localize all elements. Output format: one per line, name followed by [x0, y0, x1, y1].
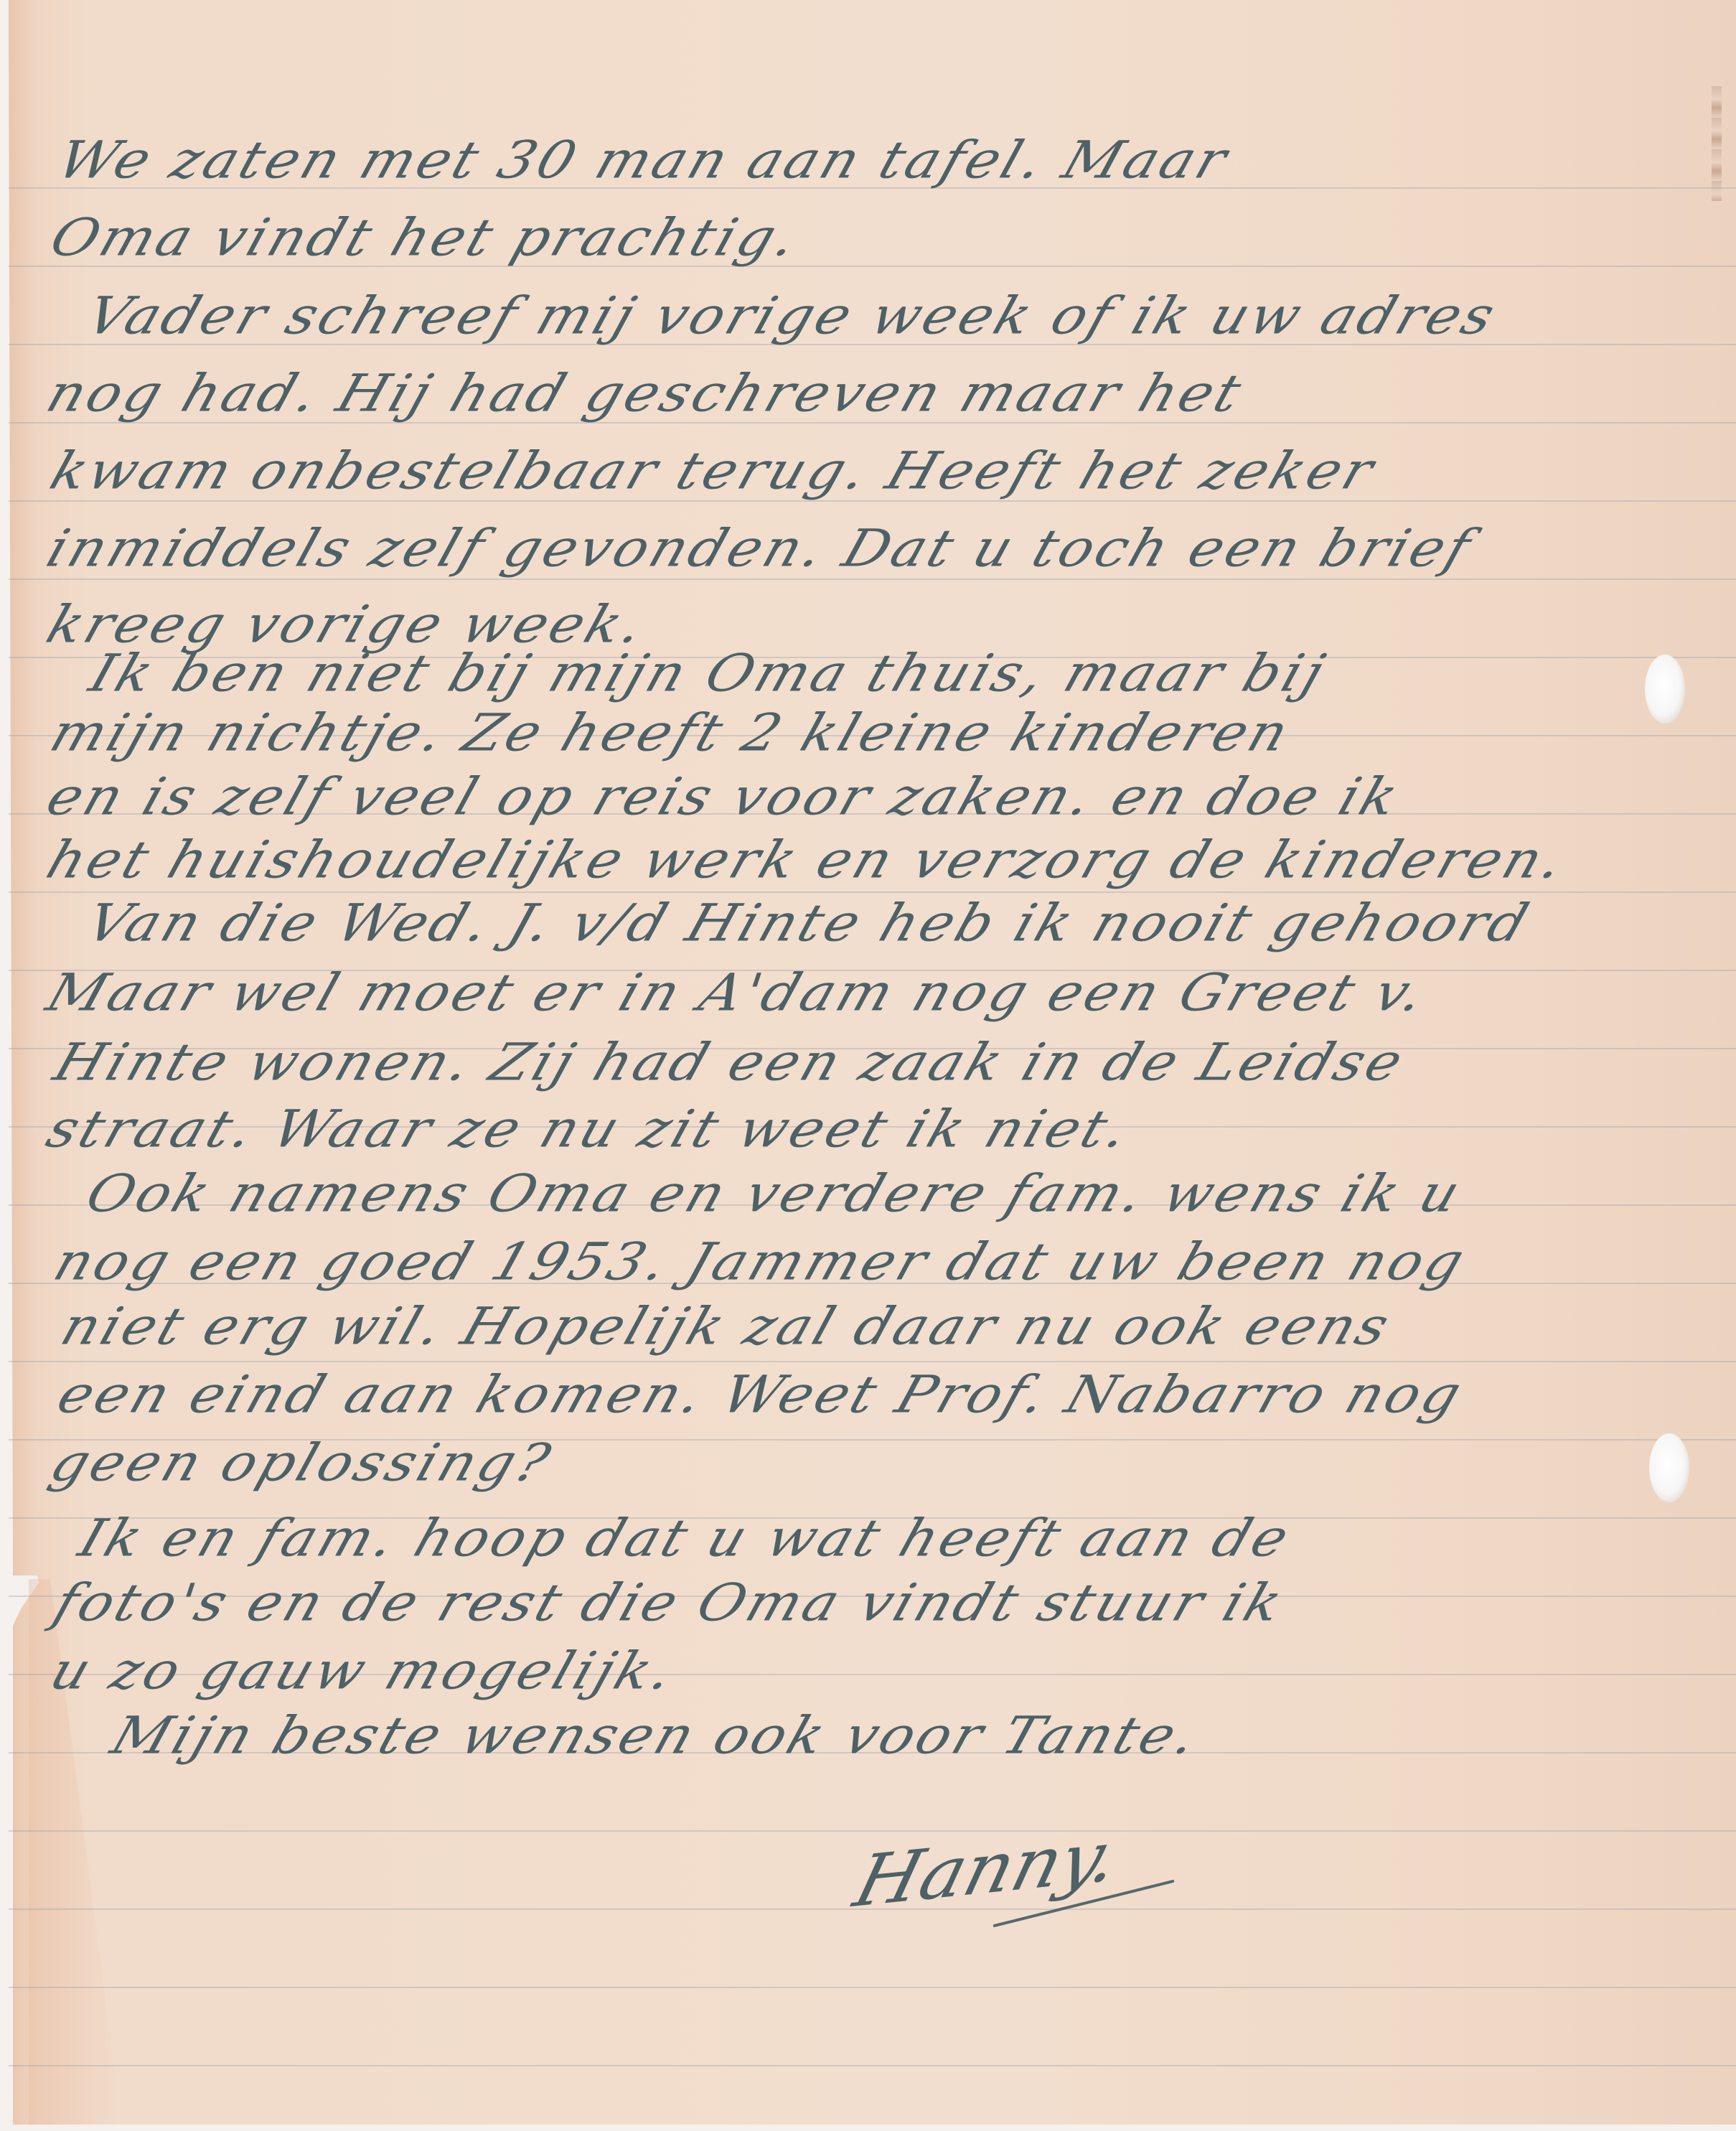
letter-line: en is zelf veel op reis voor zaken. en d…	[39, 767, 1408, 827]
letter-line: nog een goed 1953. Jammer dat uw been no…	[47, 1232, 1474, 1292]
ruled-line	[9, 2065, 1736, 2066]
torn-binding-edge	[1712, 86, 1722, 201]
ruled-line	[9, 1830, 1736, 1832]
letter-line: een eind aan komen. Weet Prof. Nabarro n…	[50, 1365, 1471, 1425]
letter-line: het huishoudelijke werk en verzorg de ki…	[39, 830, 1574, 890]
letter-line: We zaten met 30 man aan tafel. Maar	[50, 131, 1237, 190]
letter-line: geen oplossing?	[43, 1433, 560, 1493]
letter-line: straat. Waar ze nu zit weet ik niet.	[39, 1100, 1138, 1159]
letter-line: kwam onbestelbaar terug. Heeft het zeker	[43, 441, 1383, 501]
ruled-line	[9, 891, 1736, 893]
letter-line: Ik en fam. hoop dat u wat heeft aan de	[72, 1509, 1298, 1568]
letter-line: Oma vindt het prachtig.	[43, 208, 807, 268]
letter-line: u zo gauw mogelijk.	[43, 1641, 683, 1701]
letter-line: Ook namens Oma en verdere fam. wens ik u	[79, 1164, 1470, 1224]
letter-line: Ik ben niet bij mijn Oma thuis, maar bij	[83, 644, 1334, 703]
letter-line: Vader schreef mij vorige week of ik uw a…	[79, 286, 1504, 346]
letter-line: foto's en de rest die Oma vindt stuur ik	[47, 1573, 1292, 1633]
letter-line: mijn nichtje. Ze heeft 2 kleine kinderen	[43, 703, 1298, 763]
letter-line: nog had. Hij had geschreven maar het	[39, 364, 1251, 423]
ruled-line	[9, 1987, 1736, 1988]
punch-hole-upper	[1645, 655, 1685, 723]
ruled-line	[9, 1361, 1736, 1362]
punch-hole-lower	[1649, 1433, 1689, 1502]
letter-line: Hinte wonen. Zij had een zaak in de Leid…	[47, 1033, 1412, 1092]
letter-line: Maar wel moet er in A'dam nog een Greet …	[39, 963, 1435, 1023]
letter-line: inmiddels zelf gevonden. Dat u toch een …	[39, 519, 1481, 579]
letter-line: Van die Wed. J. v/d Hinte heb ik nooit g…	[79, 894, 1538, 953]
letter-line: niet erg wil. Hopelijk zal daar nu ook e…	[54, 1297, 1399, 1357]
ruled-line	[9, 579, 1736, 580]
letter-line: Mijn beste wensen ook voor Tante.	[104, 1706, 1207, 1766]
